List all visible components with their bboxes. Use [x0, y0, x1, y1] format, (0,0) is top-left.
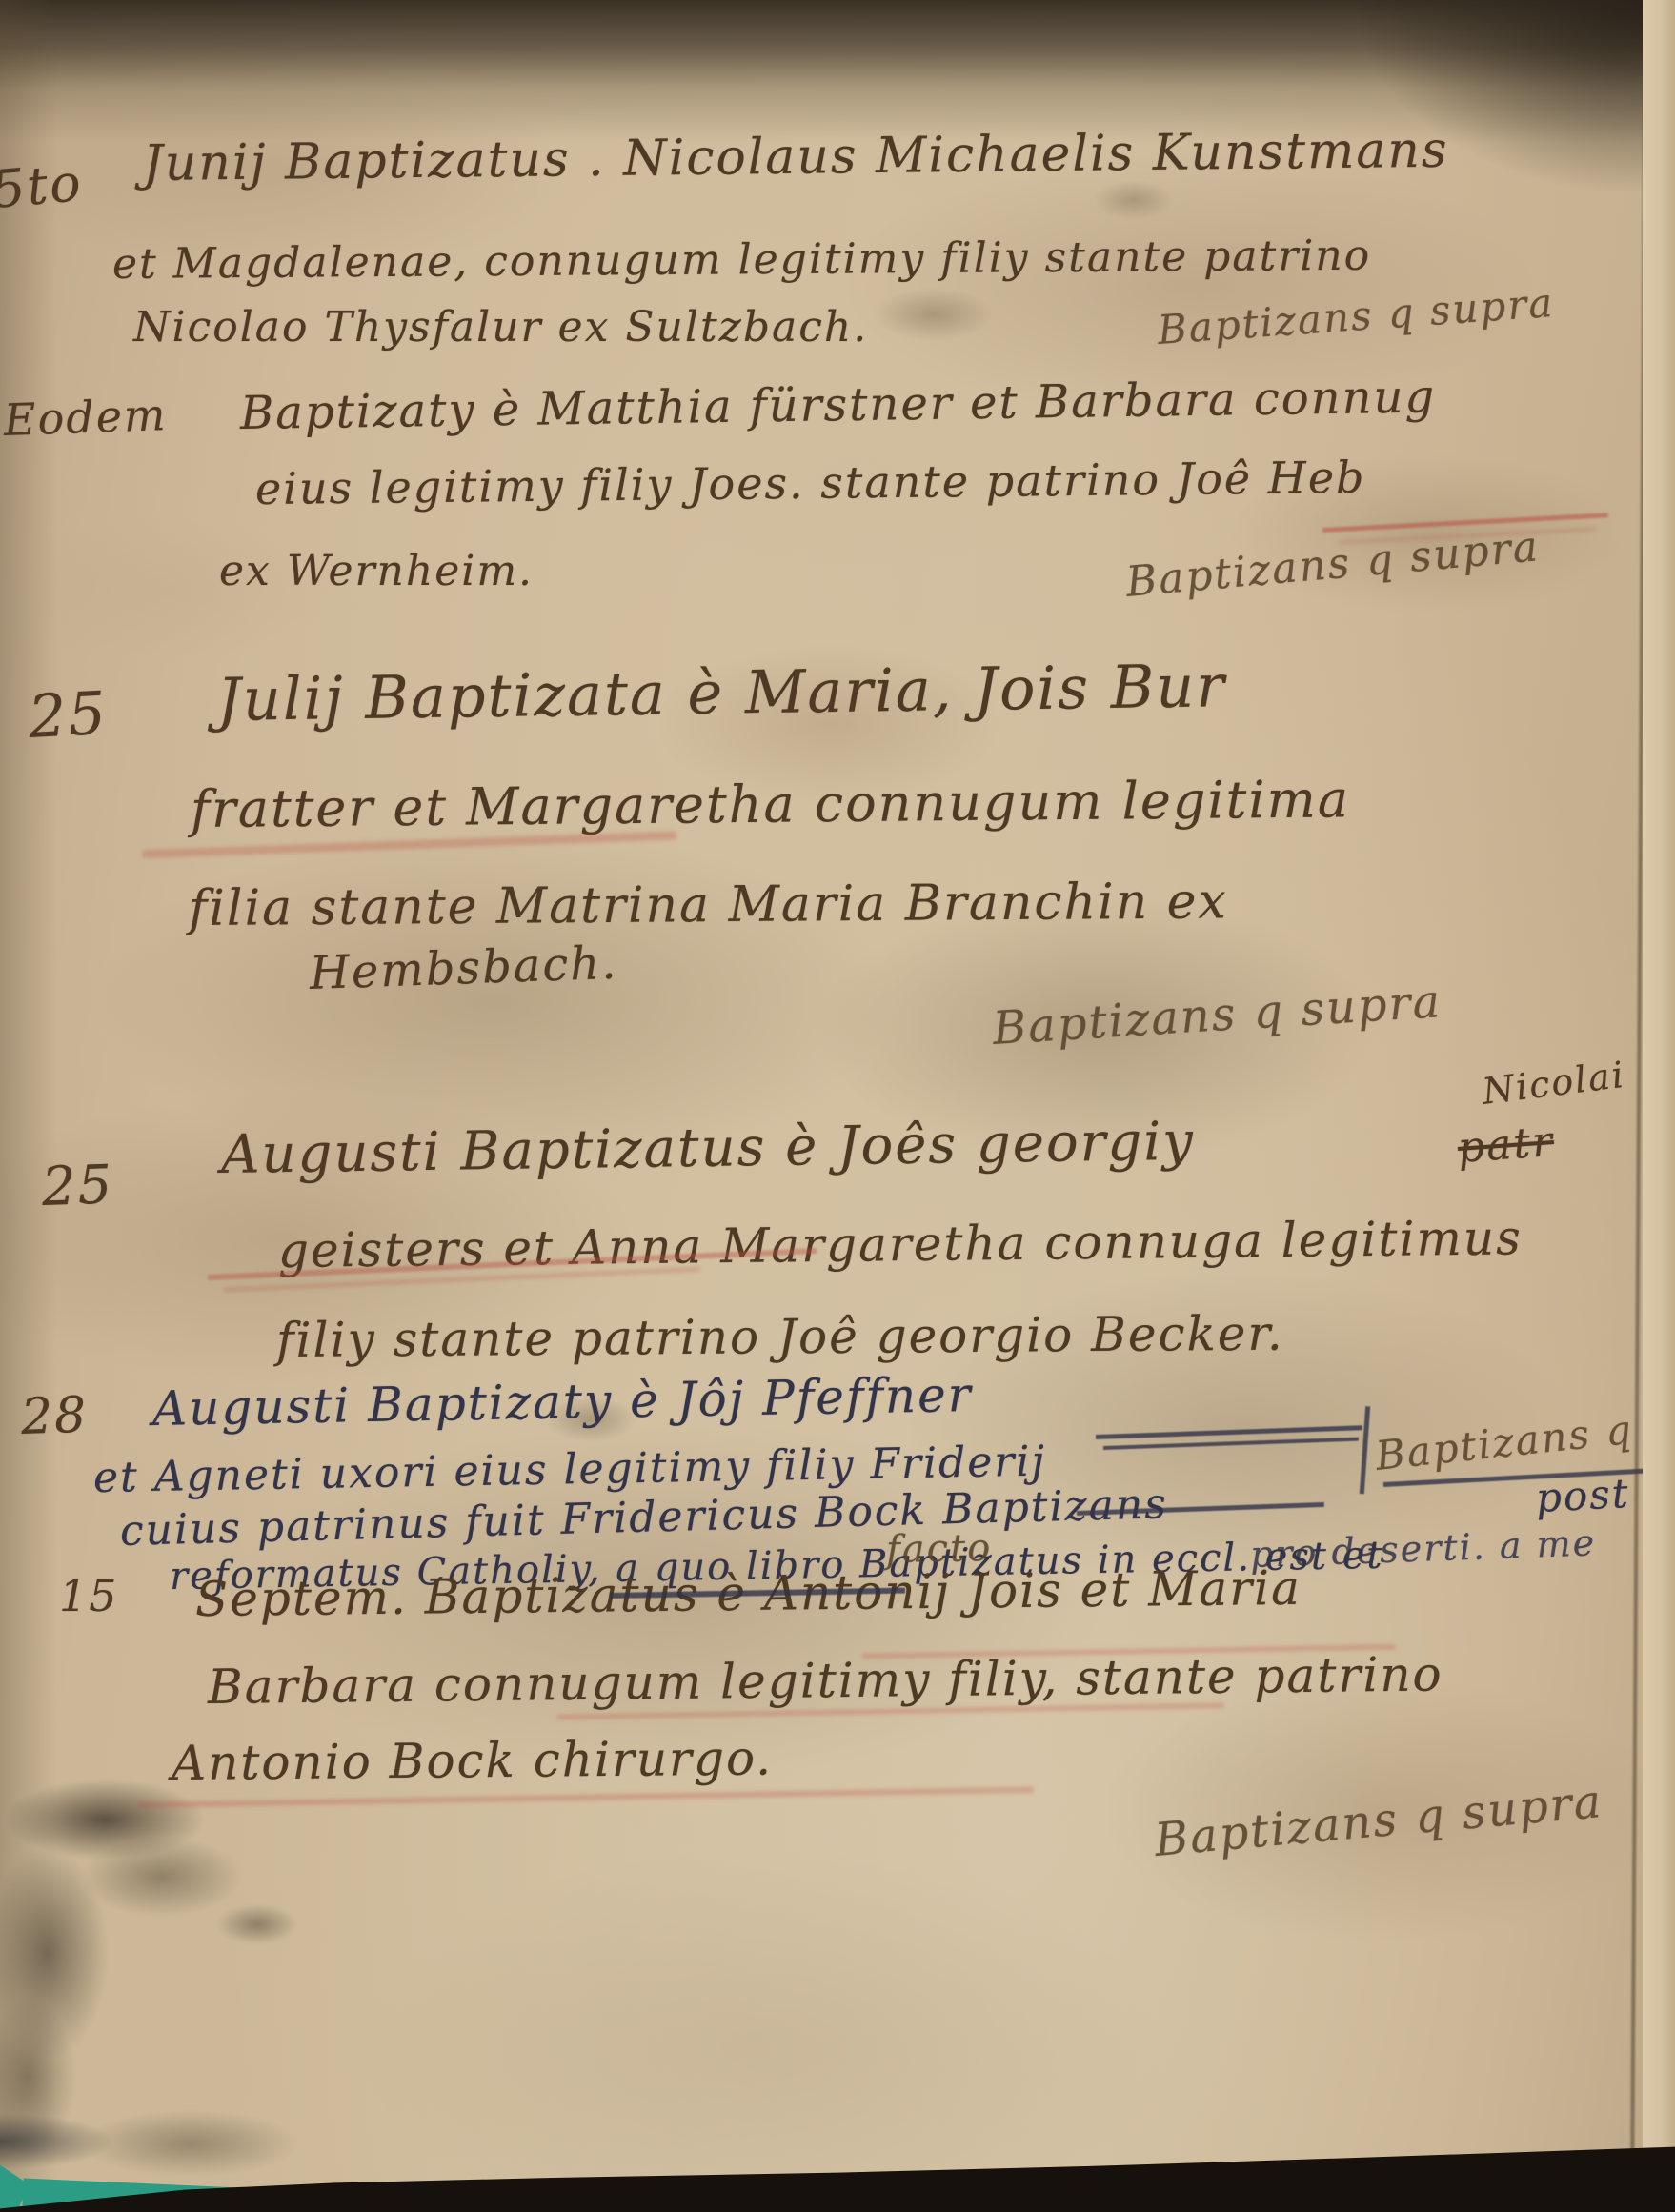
corner-grey-wedge [0, 2113, 114, 2170]
entry5-overwrite-margin: 15 [59, 1570, 119, 1621]
entry4-line2: geisters et Anna Margaretha connuga legi… [278, 1210, 1523, 1278]
entry1-line2: et Magdalenae, connugum legitimy filiy s… [112, 231, 1372, 289]
entry3-line1: Julij Baptizata è Maria, Jois Bur [216, 651, 1226, 734]
next-page-edge [1643, 0, 1675, 2212]
entry4-line1: Augusti Baptizatus è Joês georgiy [221, 1111, 1196, 1186]
entry5-closing: Baptizans q supra [1373, 1392, 1675, 1479]
entry5-overwrite-line: Septem. Baptizatus è Antonij Jois et Mar… [195, 1560, 1302, 1627]
entry1-line3: Nicolao Thysfalur ex Sultzbach. [133, 303, 868, 352]
entry5-fragment-ame: pro deserti. a me [1249, 1521, 1597, 1576]
entry6-line1: Barbara connugum legitimy filiy, stante … [208, 1646, 1443, 1715]
entry4-margin: 25 [41, 1154, 114, 1218]
underline-pfeffner-2 [1103, 1438, 1359, 1450]
entry2-closing: Baptizans q supra [1124, 522, 1542, 607]
entry5-fragment-post: post [1535, 1470, 1631, 1521]
entry2-line3: ex Wernheim. [219, 547, 534, 595]
entry1-closing: Baptizans q supra [1156, 279, 1555, 353]
entry4-line3: filiy stante patrino Joê georgio Becker. [276, 1306, 1284, 1368]
entry3-line4: Hembsbach. [309, 936, 618, 1000]
underline-pfeffner-1 [1096, 1425, 1362, 1439]
entry1-margin: 5to [0, 152, 85, 220]
entry6-closing: Baptizans q supra [1153, 1775, 1605, 1867]
entry5-line1: Augusti Baptizaty è Jôj Pfeffner [151, 1367, 973, 1437]
entry3-closing: Baptizans q supra [991, 975, 1443, 1056]
entry2-line1: Baptizaty è Matthia fürstner et Barbara … [240, 370, 1437, 440]
entry2-line2: eius legitimy filiy Joes. stante patrino… [255, 452, 1366, 514]
entry3-line2: fratter et Margaretha connugum legitima [191, 769, 1351, 839]
entry6-line2: Antonio Bock chirurgo. [172, 1730, 774, 1791]
entry3-line3: filia stante Matrina Maria Branchin ex [189, 873, 1228, 937]
entry3-margin: 25 [27, 678, 110, 752]
entry4-corner-crossed: patr [1456, 1117, 1555, 1173]
divider-bar [1360, 1406, 1370, 1494]
entry2-margin: Eodem [3, 389, 168, 446]
entry5-margin: 28 [20, 1387, 89, 1446]
entry4-corner-note: Nicolai [1480, 1054, 1627, 1113]
manuscript-scan: 5to Junij Baptizatus . Nicolaus Michaeli… [0, 0, 1675, 2212]
